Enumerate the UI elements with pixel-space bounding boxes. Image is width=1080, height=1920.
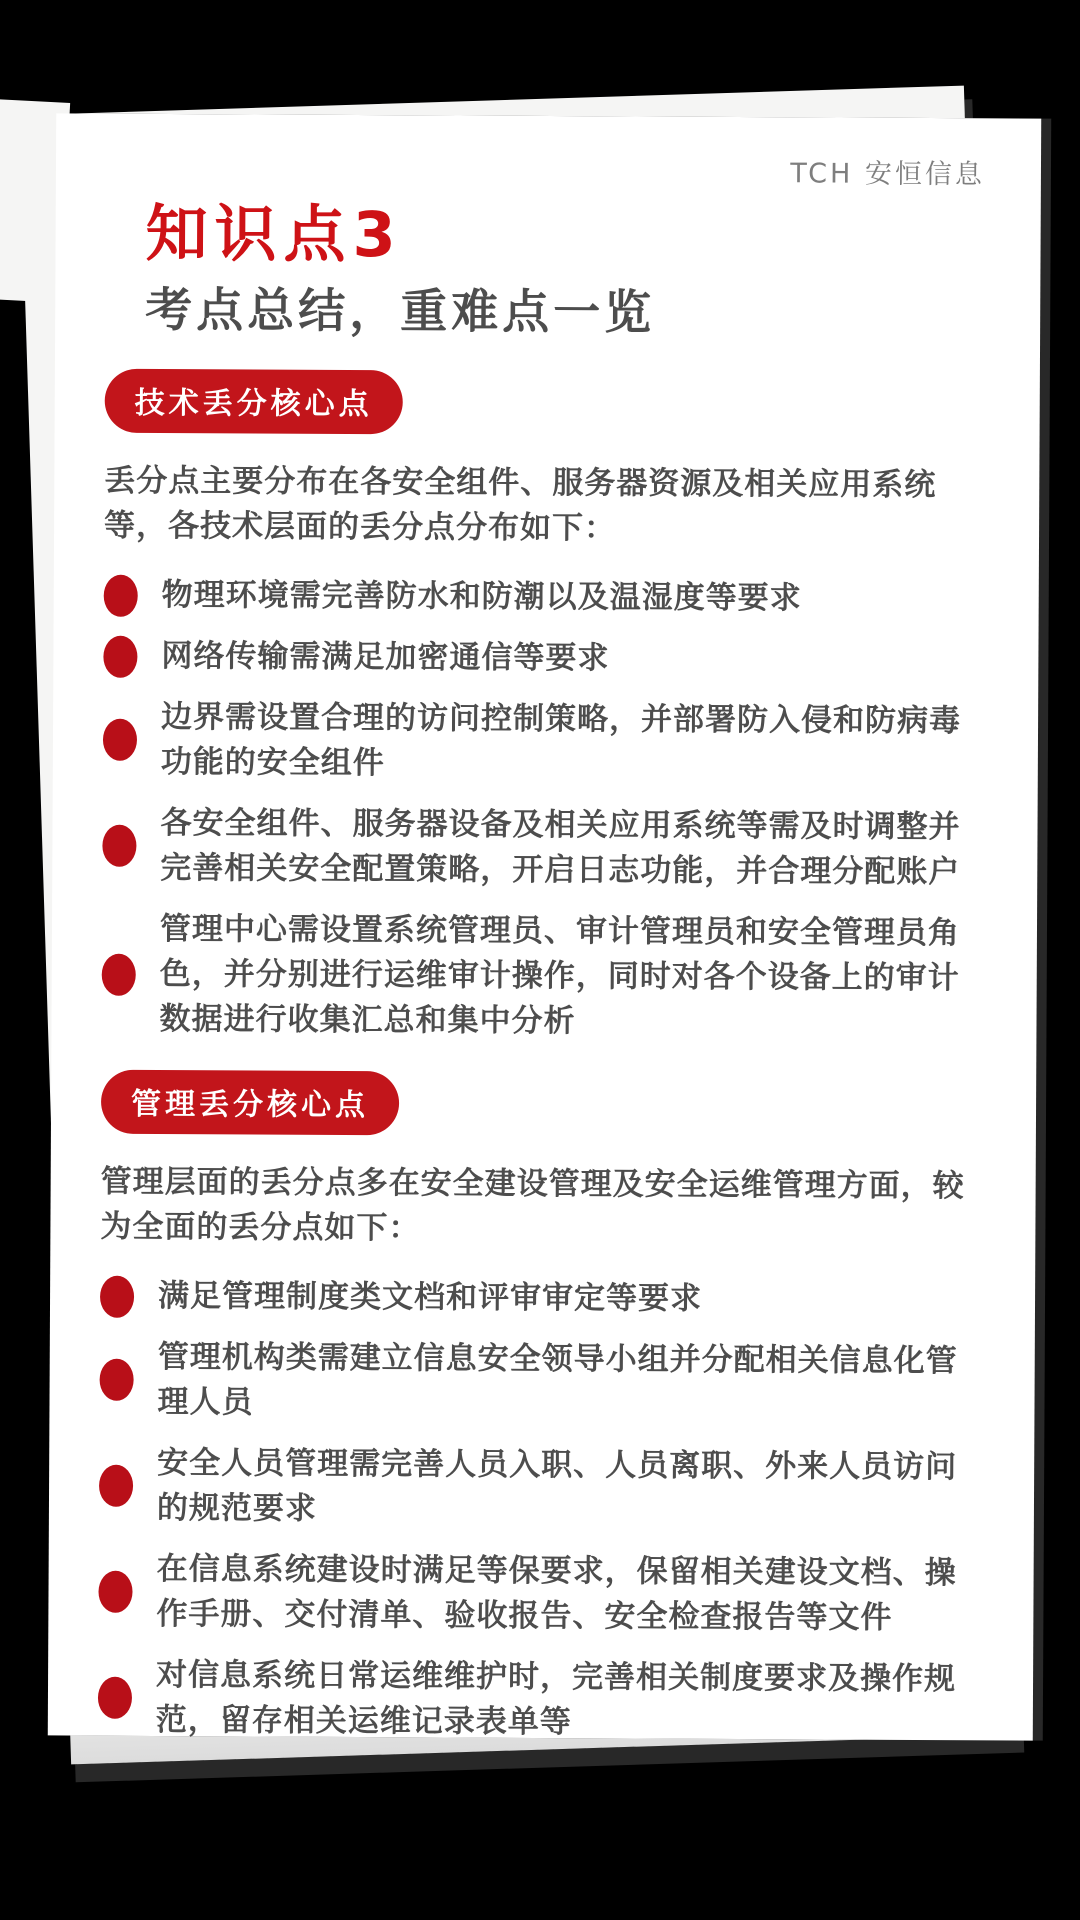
- bullet-dot-icon: [102, 825, 136, 867]
- section-badge-management: 管理丢分核心点: [101, 1070, 399, 1136]
- list-item: 在信息系统建设时满足等保要求，保留相关建设文档、操作手册、交付清单、验收报告、安…: [98, 1547, 977, 1642]
- list-item-text: 物理环境需完善防水和防潮以及温湿度等要求: [162, 573, 802, 621]
- list-item: 管理中心需设置系统管理员、审计管理员和安全管理员角色，并分别进行运维审计操作，同…: [101, 907, 981, 1047]
- bullet-dot-icon: [102, 953, 136, 995]
- list-item-text: 管理机构类需建立信息安全领导小组并分配相关信息化管理人员: [157, 1335, 957, 1429]
- section-intro-management: 管理层面的丢分点多在安全建设管理及安全运维管理方面，较为全面的丢分点如下：: [100, 1160, 979, 1255]
- bullet-dot-icon: [100, 1359, 134, 1401]
- page-subtitle: 考点总结，重难点一览: [145, 283, 984, 343]
- bullet-dot-icon: [98, 1571, 132, 1613]
- list-item-text: 对信息系统日常运维维护时，完善相关制度要求及操作规范，留存相关运维记录表单等: [156, 1653, 956, 1747]
- list-item: 物理环境需完善防水和防潮以及温湿度等要求: [104, 573, 983, 623]
- list-item: 安全人员管理需完善人员入职、人员离职、外来人员访问的规范要求: [99, 1441, 978, 1536]
- paper-sheet: TCH 安恒信息 知识点3 考点总结，重难点一览 技术丢分核心点 丢分点主要分布…: [48, 113, 1041, 1740]
- list-item: 满足管理制度类文档和评审审定等要求: [100, 1274, 979, 1324]
- bullet-dot-icon: [103, 635, 137, 677]
- list-item-text: 管理中心需设置系统管理员、审计管理员和安全管理员角色，并分别进行运维审计操作，同…: [159, 907, 960, 1046]
- bullet-list-management: 满足管理制度类文档和评审审定等要求 管理机构类需建立信息安全领导小组并分配相关信…: [98, 1274, 979, 1748]
- bullet-dot-icon: [98, 1677, 132, 1719]
- brand-logo-text: TCH 安恒信息: [106, 148, 985, 192]
- bullet-dot-icon: [104, 574, 138, 616]
- section-technical: 技术丢分核心点 丢分点主要分布在各安全组件、服务器资源及相关应用系统等，各技术层…: [101, 339, 984, 1047]
- section-badge-technical: 技术丢分核心点: [105, 369, 403, 435]
- list-item-text: 边界需设置合理的访问控制策略，并部署防入侵和防病毒功能的安全组件: [161, 695, 961, 789]
- bullet-dot-icon: [99, 1465, 133, 1507]
- page-title: 知识点3: [145, 201, 984, 271]
- list-item: 各安全组件、服务器设备及相关应用系统等需及时调整并完善相关安全配置策略，开启日志…: [102, 801, 981, 896]
- page-background: TCH 安恒信息 知识点3 考点总结，重难点一览 技术丢分核心点 丢分点主要分布…: [0, 0, 1080, 1920]
- list-item: 管理机构类需建立信息安全领导小组并分配相关信息化管理人员: [99, 1335, 978, 1430]
- bullet-dot-icon: [100, 1275, 134, 1317]
- list-item-text: 网络传输需满足加密通信等要求: [161, 634, 609, 681]
- list-item-text: 满足管理制度类文档和评审审定等要求: [158, 1274, 702, 1322]
- bullet-list-technical: 物理环境需完善防水和防潮以及温湿度等要求 网络传输需满足加密通信等要求 边界需设…: [101, 573, 982, 1047]
- page-content: TCH 安恒信息 知识点3 考点总结，重难点一览 技术丢分核心点 丢分点主要分布…: [48, 113, 1041, 1740]
- list-item: 边界需设置合理的访问控制策略，并部署防入侵和防病毒功能的安全组件: [103, 695, 982, 790]
- list-item: 对信息系统日常运维维护时，完善相关制度要求及操作规范，留存相关运维记录表单等: [98, 1653, 977, 1748]
- list-item-text: 安全人员管理需完善人员入职、人员离职、外来人员访问的规范要求: [157, 1441, 957, 1535]
- section-management: 管理丢分核心点 管理层面的丢分点多在安全建设管理及安全运维管理方面，较为全面的丢…: [98, 1058, 981, 1748]
- section-intro-technical: 丢分点主要分布在各安全组件、服务器资源及相关应用系统等，各技术层面的丢分点分布如…: [104, 459, 983, 554]
- list-item: 网络传输需满足加密通信等要求: [103, 634, 982, 684]
- list-item-text: 各安全组件、服务器设备及相关应用系统等需及时调整并完善相关安全配置策略，开启日志…: [160, 801, 960, 895]
- bullet-dot-icon: [103, 719, 137, 761]
- list-item-text: 在信息系统建设时满足等保要求，保留相关建设文档、操作手册、交付清单、验收报告、安…: [156, 1547, 956, 1641]
